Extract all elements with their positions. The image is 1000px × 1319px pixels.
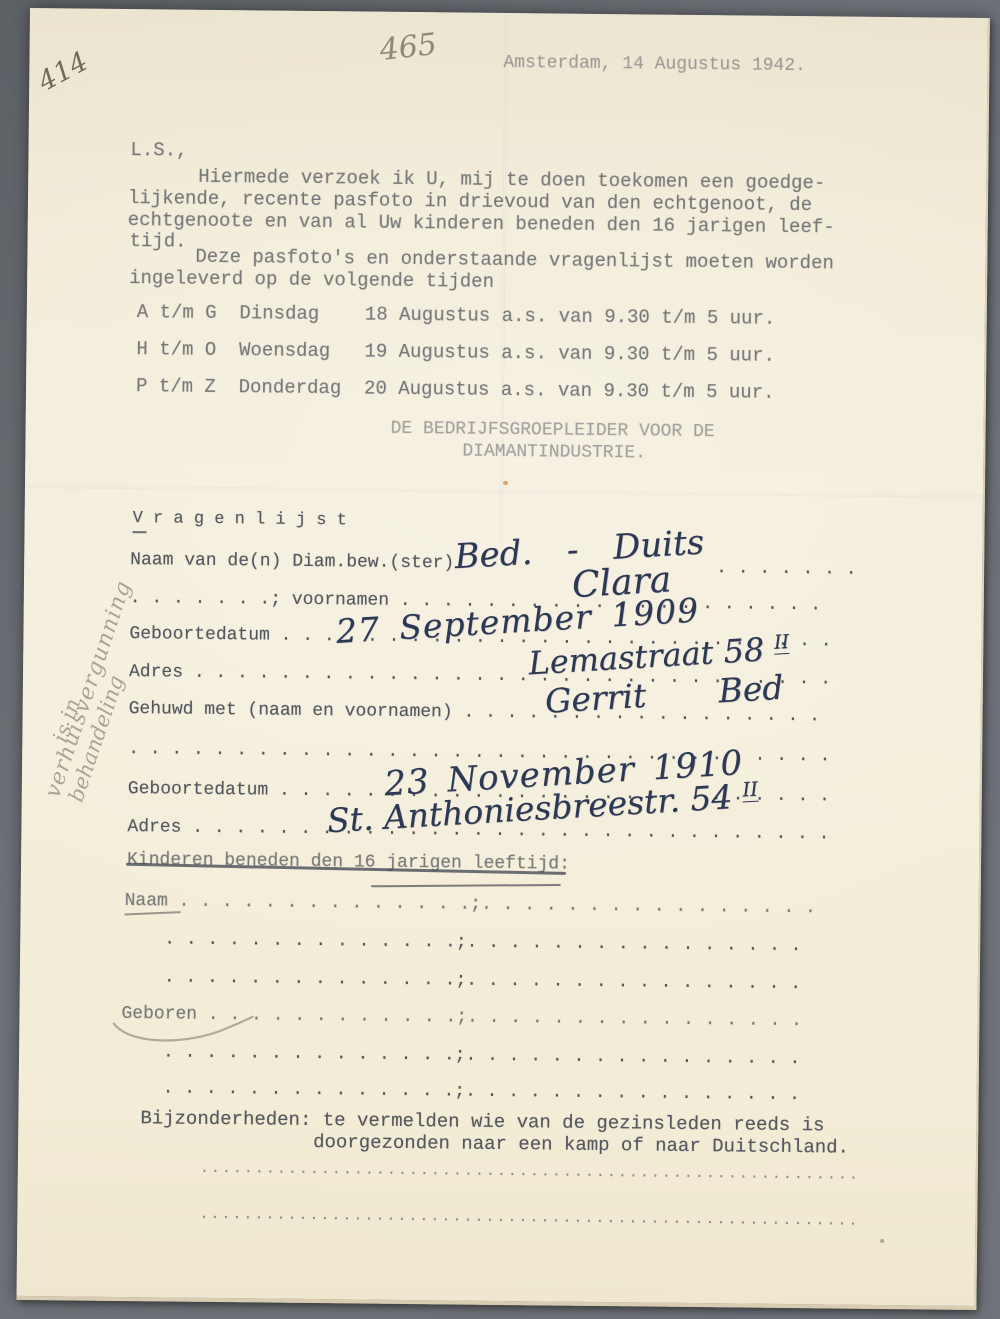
schedule-row: H t/m O Woensdag 19 Augustus a.s. van 9.…: [136, 338, 775, 367]
paper-document: 465 414 Amsterdam, 14 Augustus 1942. L.S…: [16, 8, 989, 1310]
schedule-row: A t/m G Dinsdag 18 Augustus a.s. van 9.3…: [137, 301, 776, 330]
answer-dotted-line: ........................................…: [200, 1160, 860, 1184]
dotted-line: . . . . . . . . . . . . . .;. . . . . . …: [164, 967, 801, 994]
archival-number-center: 465: [378, 27, 439, 68]
floor-number: II: [773, 630, 790, 655]
floor-number: II: [742, 778, 759, 803]
signature-line: DE BEDRIJFSGROEPLEIDER VOOR DE: [391, 419, 715, 442]
dotted-line: . . . . . . . . . . . . . .;. . . . . . …: [164, 929, 801, 956]
foxing-spot: [503, 481, 508, 485]
label-text: Adres: [127, 817, 192, 838]
body-paragraph-line: ingeleverd op de volgende tijden: [129, 267, 494, 293]
salutation: L.S.,: [130, 139, 187, 162]
foxing-spot: [880, 1239, 884, 1243]
ink-underline: [371, 884, 561, 887]
field-label-naam: Naam van de(n) Diam.bew.(ster): [130, 550, 454, 573]
label-text: Gehuwd met (naam en voornamen): [129, 699, 464, 723]
form-title: V r a g e n l i j s t: [133, 509, 347, 530]
bijzonderheden-line: doorgezonden naar een kamp of naar Duits…: [313, 1131, 849, 1159]
archival-number-left: 414: [33, 46, 93, 98]
label-text: Geboortedatum: [129, 624, 280, 646]
vertical-fold-crease: [499, 13, 508, 543]
dotted-line: . . . . . . . . . . . . . .;. . . . . . …: [163, 1042, 800, 1069]
scan-background: 465 414 Amsterdam, 14 Augustus 1942. L.S…: [0, 0, 1000, 1319]
signature-line: DIAMANTINDUSTRIE.: [462, 442, 646, 464]
date-line: Amsterdam, 14 Augustus 1942.: [503, 53, 806, 76]
dotted-line: . . . . . . . . . . . . . .;. . . . . . …: [163, 1078, 800, 1105]
title-underline: [133, 531, 147, 533]
label-text: Adres: [129, 662, 194, 683]
schedule-row: P t/m Z Donderdag 20 Augustus a.s. van 9…: [136, 375, 775, 404]
body-paragraph-line: tijd.: [129, 230, 186, 253]
answer-dotted-line: ........................................…: [199, 1206, 859, 1230]
pencil-underline: [125, 911, 181, 915]
label-text: Geboortedatum: [128, 779, 279, 801]
children-naam-row: Naam . . . . . . . . . . . . . .;. . . .…: [125, 891, 816, 918]
horizontal-fold-crease: [25, 485, 983, 498]
dotted-line: . . . . . . .: [716, 558, 857, 579]
